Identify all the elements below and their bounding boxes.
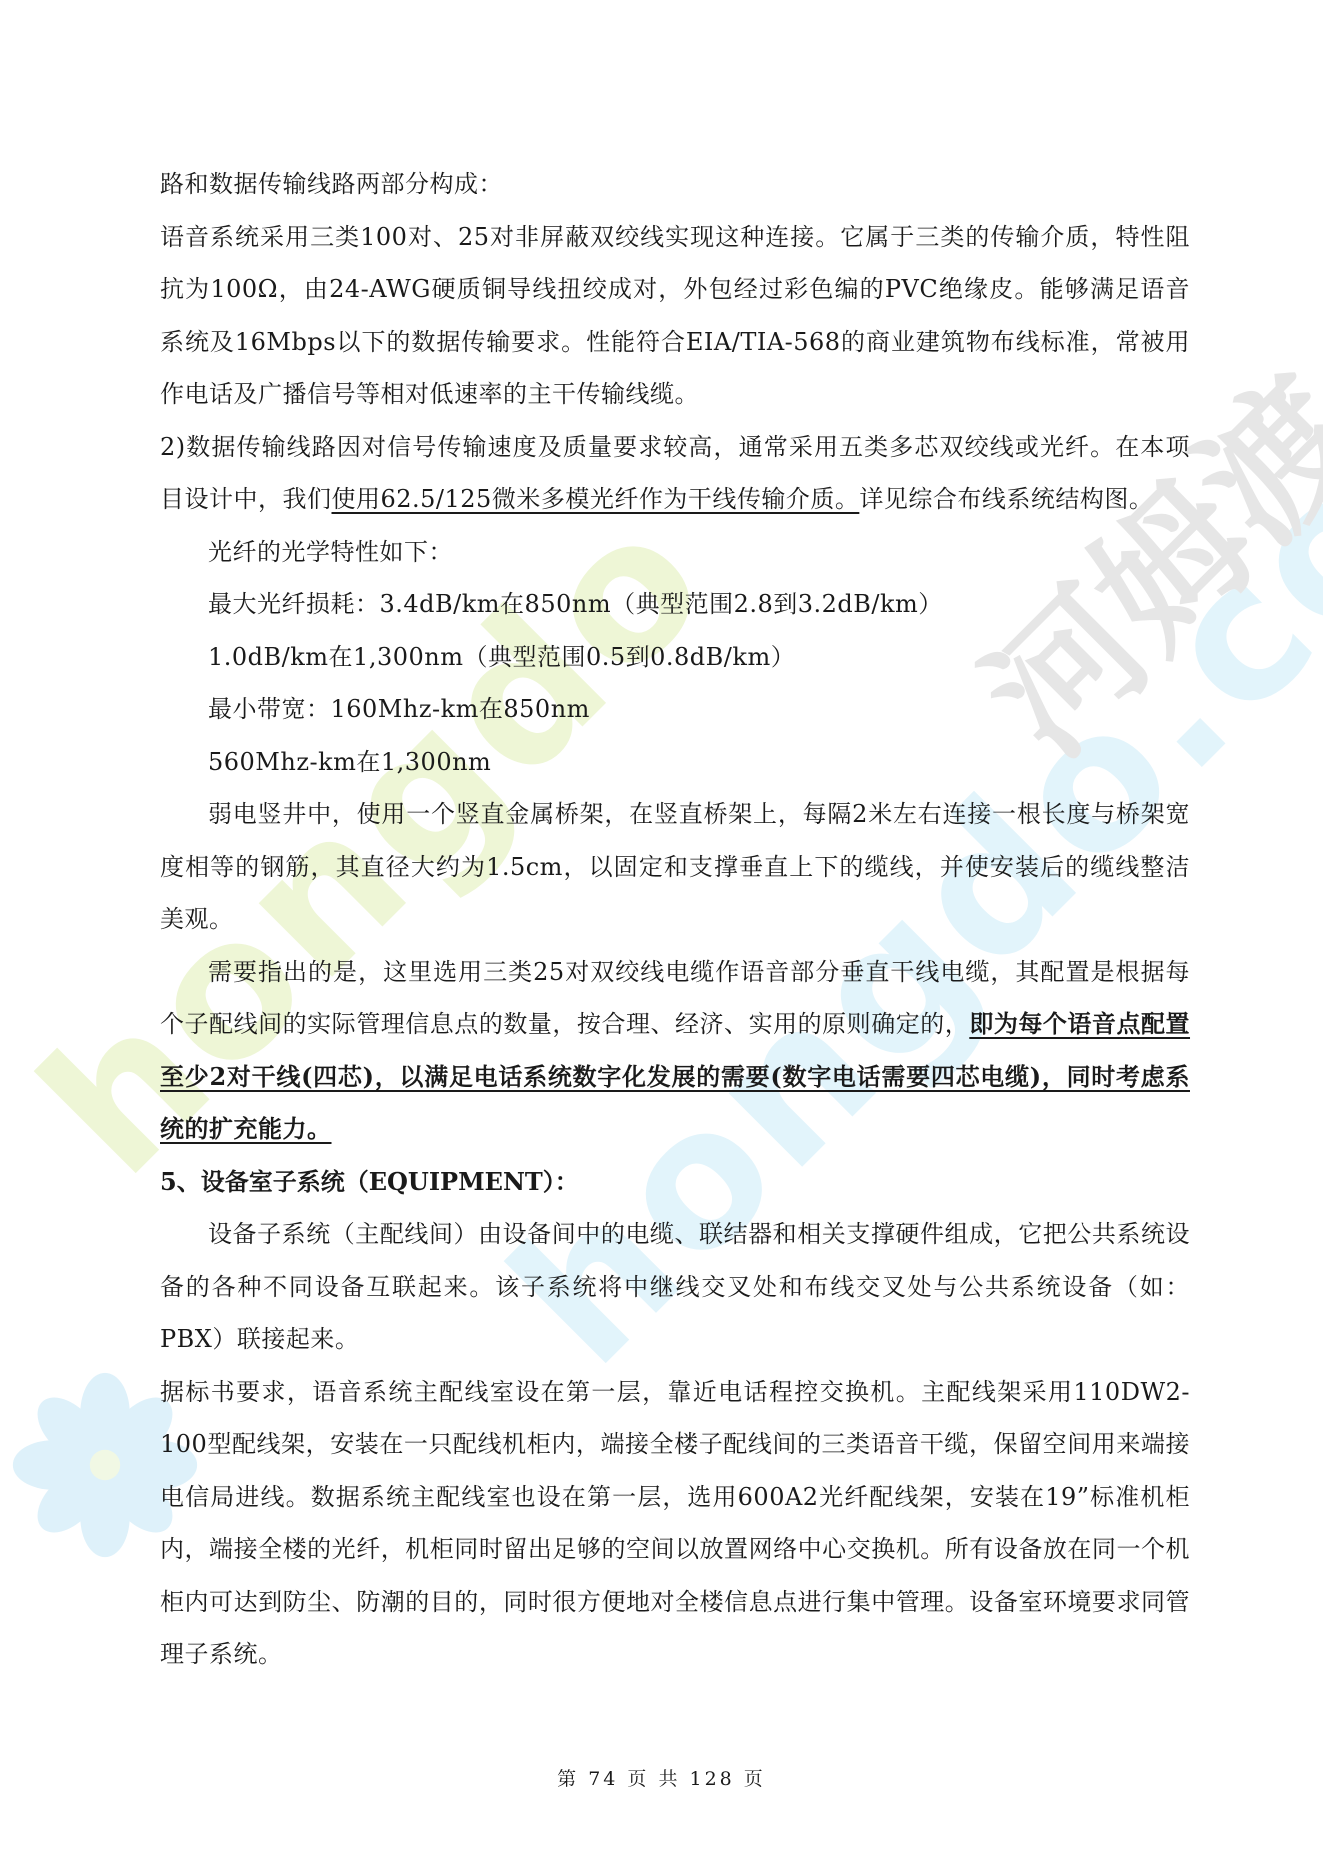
document-page: 路和数据传输线路两部分构成： 语音系统采用三类100对、25对非屏蔽双绞线实现这… [160, 158, 1190, 1681]
paragraph-intro: 路和数据传输线路两部分构成： [160, 158, 1190, 211]
spec-min-bandwidth: 最小带宽：160Mhz-km在850nm [160, 683, 1190, 736]
page-number-footer: 第 74 页 共 128 页 [0, 1764, 1323, 1791]
paragraph-data-line: 2)数据传输线路因对信号传输速度及质量要求较高，通常采用五类多芯双绞线或光纤。在… [160, 421, 1190, 526]
section-heading-equipment: 5、设备室子系统（EQUIPMENT）： [160, 1156, 1190, 1209]
paragraph-voice-backbone: 需要指出的是，这里选用三类25对双绞线电缆作语音部分垂直干线电缆，其配置是根据每… [160, 946, 1190, 1156]
paragraph-voice-cable: 语音系统采用三类100对、25对非屏蔽双绞线实现这种连接。它属于三类的传输介质，… [160, 211, 1190, 421]
spec-loss-1300: 1.0dB/km在1,300nm（典型范围0.5到0.8dB/km） [160, 631, 1190, 684]
paragraph-data-line-tail: 详见综合布线系统结构图。 [859, 485, 1153, 513]
paragraph-equipment-desc: 设备子系统（主配线间）由设备间中的电缆、联结器和相关支撑硬件组成，它把公共系统设… [160, 1208, 1190, 1366]
underlined-fiber-medium: 使用62.5/125微米多模光纤作为干线传输介质。 [332, 485, 860, 513]
paragraph-optical-heading: 光纤的光学特性如下： [160, 526, 1190, 579]
paragraph-equipment-room: 据标书要求，语音系统主配线室设在第一层，靠近电话程控交换机。主配线架采用110D… [160, 1366, 1190, 1681]
spec-max-loss: 最大光纤损耗：3.4dB/km在850nm（典型范围2.8到3.2dB/km） [160, 578, 1190, 631]
paragraph-shaft-tray: 弱电竖井中，使用一个竖直金属桥架，在竖直桥架上，每隔2米左右连接一根长度与桥架宽… [160, 788, 1190, 946]
spec-bandwidth-1300: 560Mhz-km在1,300nm [160, 736, 1190, 789]
